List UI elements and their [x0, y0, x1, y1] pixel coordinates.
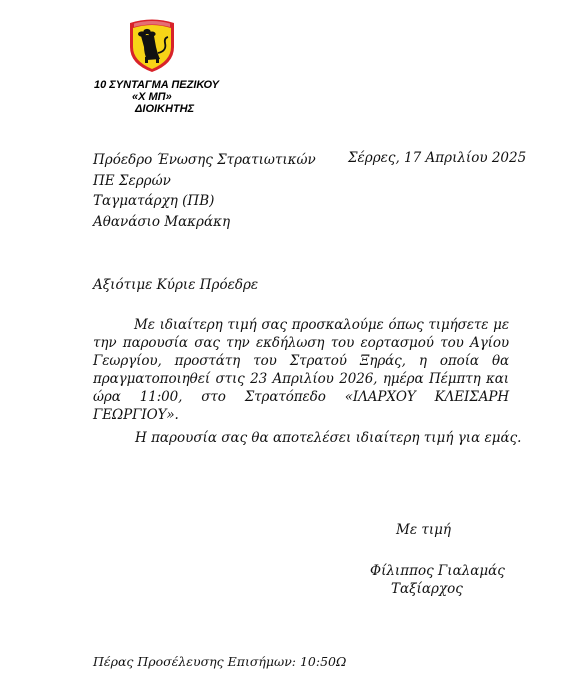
unit-role: ΔΙΟΙΚΗΤΗΣ: [135, 103, 194, 115]
recipient-line: Αθανάσιο Μακράκη: [93, 212, 316, 233]
recipient-line: Πρόεδρο Ένωσης Στρατιωτικών: [93, 150, 316, 171]
signer-name: Φίλιππος Γιαλαμάς: [370, 563, 505, 579]
salutation: Αξιότιμε Κύριε Πρόεδρε: [93, 277, 258, 293]
recipient-line: Ταγματάρχη (ΠΒ): [93, 191, 316, 212]
recipient-line: ΠΕ Σερρών: [93, 171, 316, 192]
recipient-block: Πρόεδρο Ένωσης Στρατιωτικών ΠΕ Σερρών Τα…: [93, 150, 316, 232]
closing-phrase: Με τιμή: [396, 522, 451, 538]
body-paragraph: Με ιδιαίτερη τιμή σας προσκαλούμε όπως τ…: [93, 316, 509, 424]
unit-code: «Χ ΜΠ»: [132, 91, 172, 103]
body-paragraph-closing: Η παρουσία σας θα αποτελέσει ιδιαίτερη τ…: [135, 430, 521, 446]
signer-rank: Ταξίαρχος: [391, 581, 463, 597]
cerberus-shield-emblem-icon: [127, 17, 177, 73]
unit-name: 10 ΣΥΝΤΑΓΜΑ ΠΕΖΙΚΟΥ: [94, 79, 219, 91]
arrival-deadline-note: Πέρας Προσέλευσης Επισήμων: 10:50Ω: [93, 654, 346, 669]
date-line: Σέρρες, 17 Απριλίου 2025: [348, 150, 526, 166]
letter-page: 10 ΣΥΝΤΑΓΜΑ ΠΕΖΙΚΟΥ «Χ ΜΠ» ΔΙΟΙΚΗΤΗΣ Πρό…: [0, 0, 562, 699]
